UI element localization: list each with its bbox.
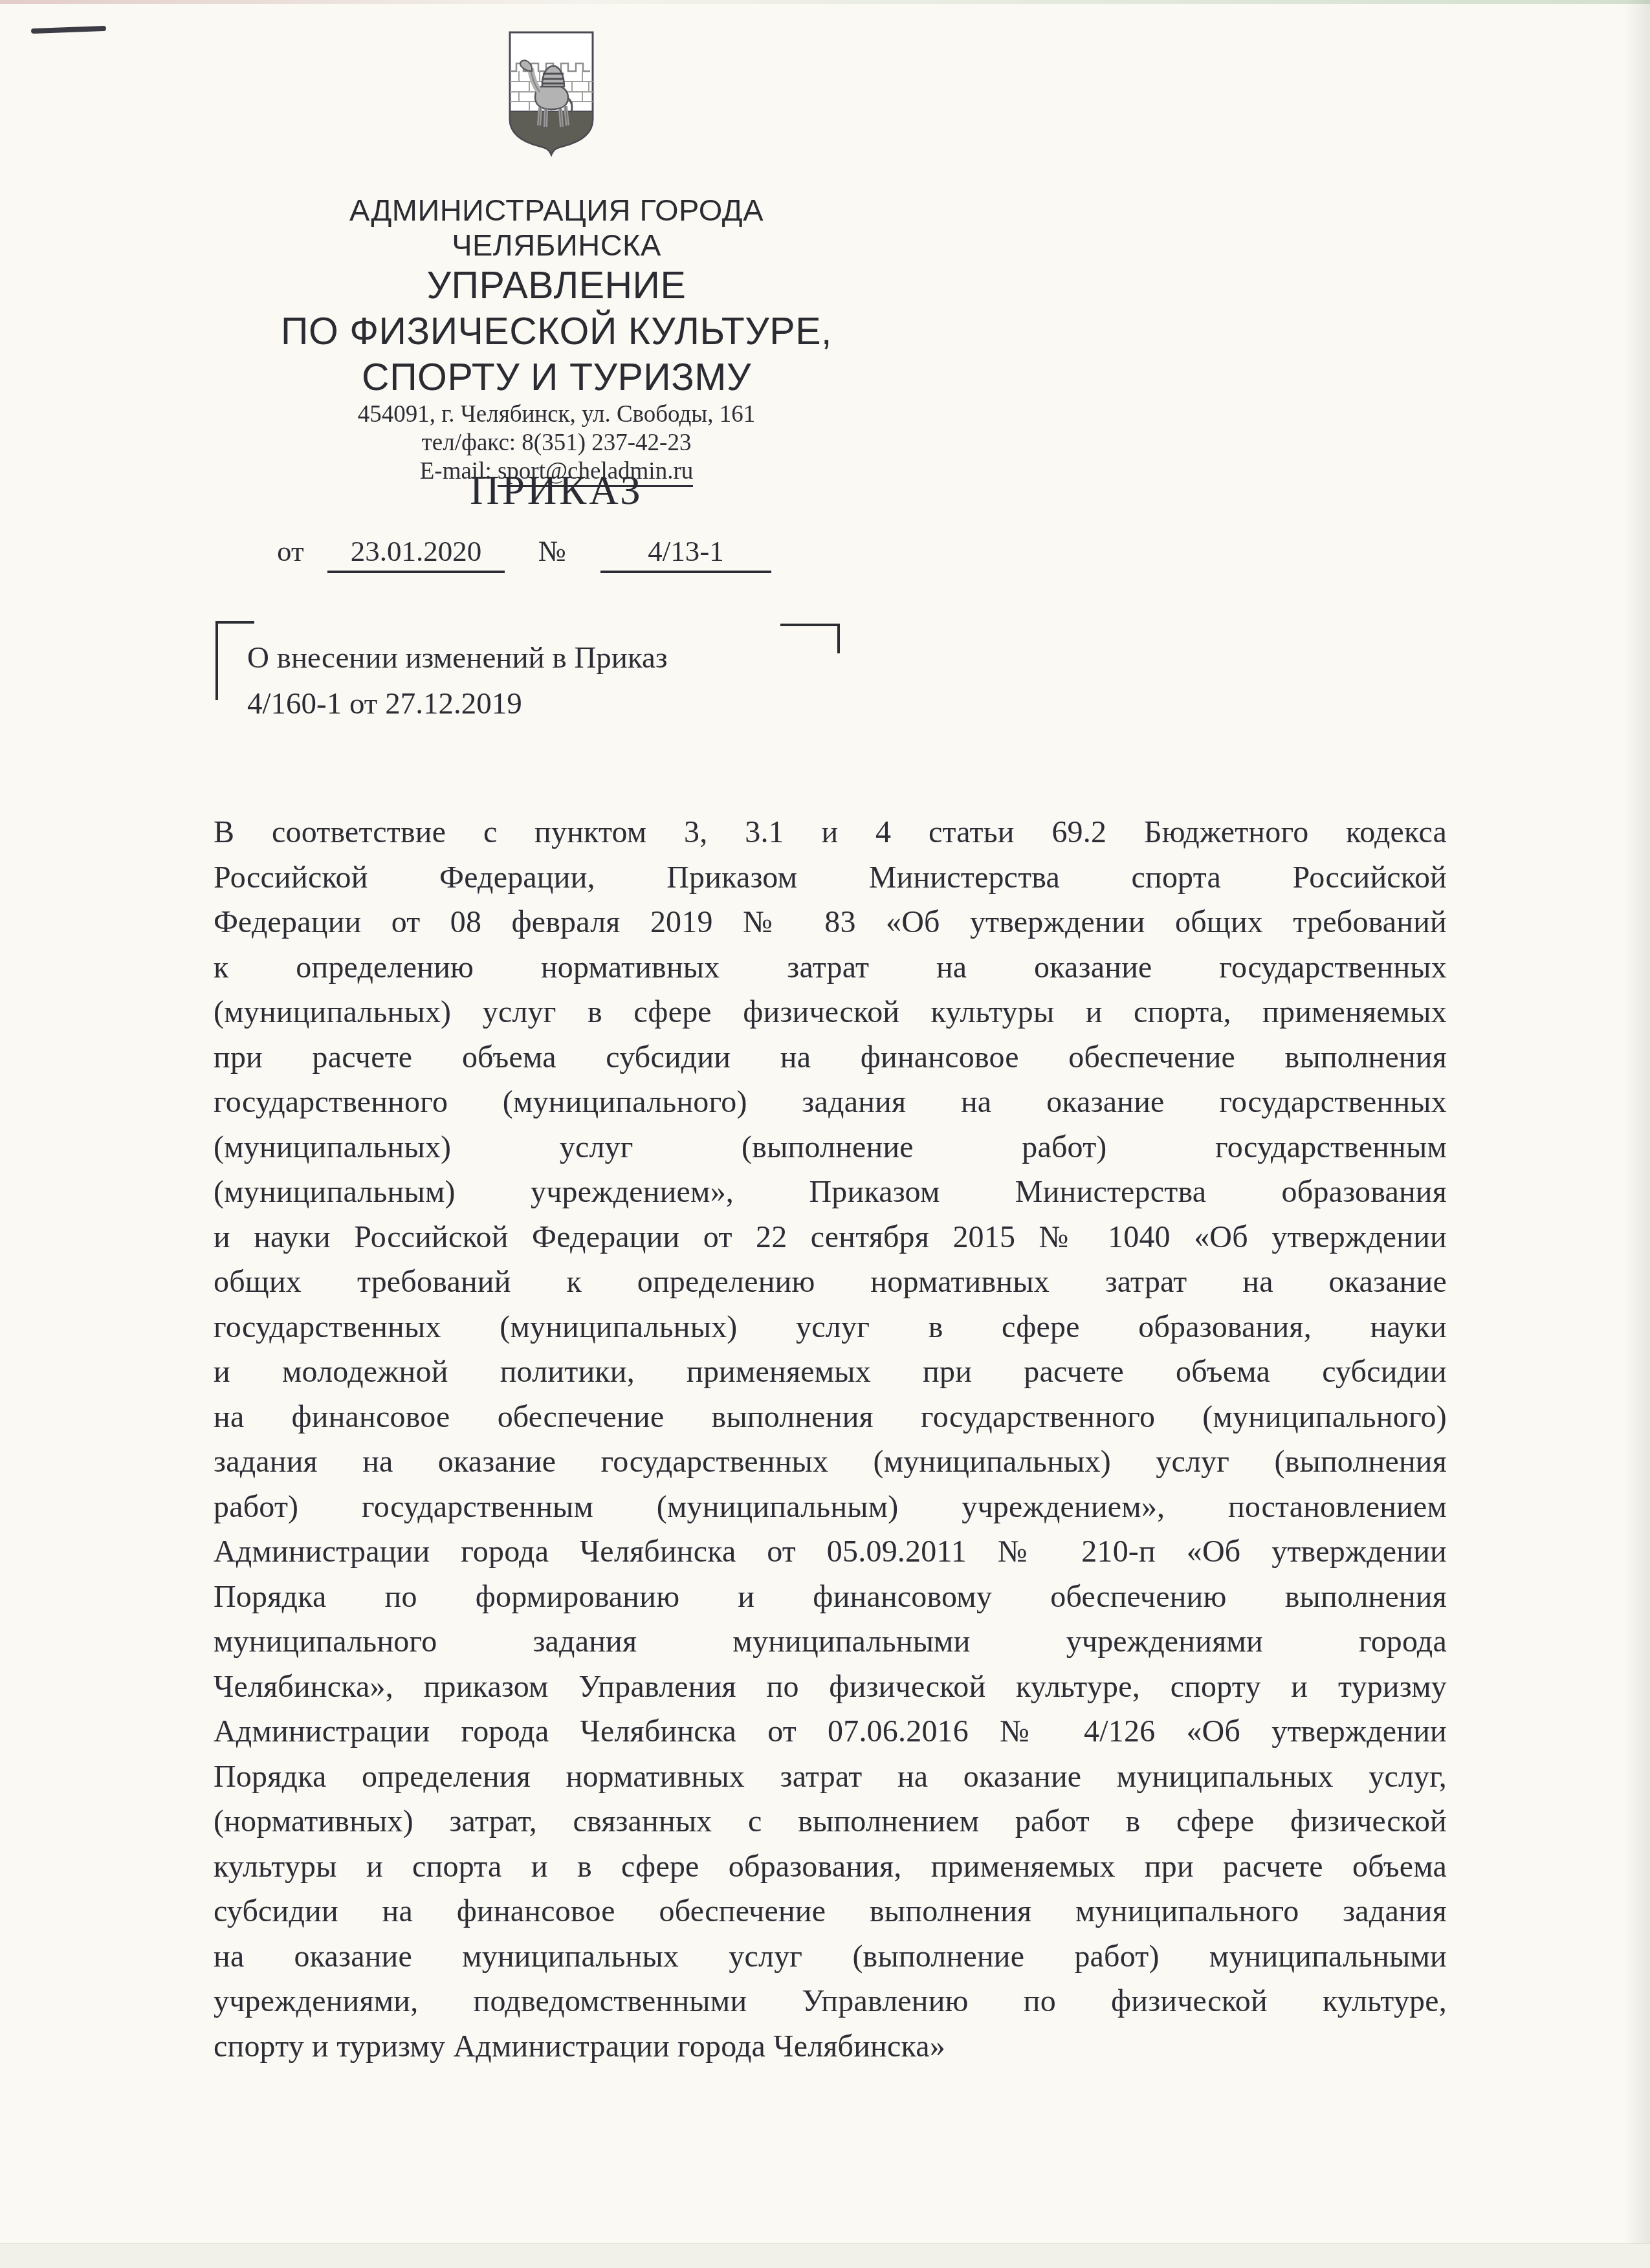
body-line: (муниципальных) услуг (выполнение работ)… bbox=[214, 1125, 1447, 1170]
body-line: общих требований к определению нормативн… bbox=[214, 1259, 1447, 1305]
number-sign: № bbox=[538, 534, 566, 568]
subject-line-2: 4/160-1 от 27.12.2019 bbox=[247, 681, 894, 727]
org-name-line1: АДМИНИСТРАЦИЯ ГОРОДА ЧЕЛЯБИНСКА bbox=[246, 193, 867, 263]
chelyabinsk-coat-of-arms-icon bbox=[506, 28, 597, 159]
org-name-line3: ПО ФИЗИЧЕСКОЙ КУЛЬТУРЕ, bbox=[246, 309, 867, 354]
body-line: культуры и спорта и в сфере образования,… bbox=[214, 1844, 1447, 1890]
number-value: 4/13-1 bbox=[600, 534, 771, 573]
org-name-line4: СПОРТУ И ТУРИЗМУ bbox=[246, 354, 867, 400]
subject-line-1: О внесении изменений в Приказ bbox=[247, 635, 894, 681]
body-line: работ) государственным (муниципальным) у… bbox=[214, 1485, 1447, 1530]
subject-block: О внесении изменений в Приказ 4/160-1 от… bbox=[247, 635, 894, 727]
body-line: на финансовое обеспечение выполнения гос… bbox=[214, 1395, 1447, 1440]
body-line: муниципального задания муниципальными уч… bbox=[214, 1619, 1447, 1664]
body-line: Челябинска», приказом Управления по физи… bbox=[214, 1664, 1447, 1710]
body-line: государственных (муниципальных) услуг в … bbox=[214, 1305, 1447, 1350]
body-line: Администрации города Челябинска от 05.09… bbox=[214, 1529, 1447, 1575]
scan-edge-right bbox=[1624, 0, 1650, 2268]
body-line: на оказание муниципальных услуг (выполне… bbox=[214, 1934, 1447, 1979]
org-name-line2: УПРАВЛЕНИЕ bbox=[246, 263, 867, 309]
body-line: учреждениями, подведомственными Управлен… bbox=[214, 1979, 1447, 2024]
body-line: Администрации города Челябинска от 07.06… bbox=[214, 1709, 1447, 1754]
scan-artifact-mark bbox=[31, 26, 106, 34]
body-line: и молодежной политики, применяемых при р… bbox=[214, 1349, 1447, 1395]
body-paragraph: В соответствие с пунктом 3, 3.1 и 4 стат… bbox=[214, 810, 1447, 2069]
body-line: (муниципальным) учреждением», Приказом М… bbox=[214, 1170, 1447, 1215]
body-line: субсидии на финансовое обеспечение выпол… bbox=[214, 1889, 1447, 1934]
body-line: (муниципальных) услуг в сфере физической… bbox=[214, 990, 1447, 1035]
body-line: при расчете объема субсидии на финансово… bbox=[214, 1035, 1447, 1080]
body-line: к определению нормативных затрат на оказ… bbox=[214, 945, 1447, 990]
body-line: государственного (муниципального) задани… bbox=[214, 1080, 1447, 1125]
body-line: В соответствие с пунктом 3, 3.1 и 4 стат… bbox=[214, 810, 1447, 855]
org-phone: тел/факс: 8(351) 237-42-23 bbox=[246, 429, 867, 457]
date-value: 23.01.2020 bbox=[327, 534, 505, 573]
body-line: (нормативных) затрат, связанных с выполн… bbox=[214, 1799, 1447, 1844]
scan-edge-bottom bbox=[0, 2243, 1650, 2268]
org-address: 454091, г. Челябинск, ул. Свободы, 161 bbox=[246, 400, 867, 429]
letterhead: АДМИНИСТРАЦИЯ ГОРОДА ЧЕЛЯБИНСКА УПРАВЛЕН… bbox=[246, 193, 867, 486]
body-line: Российской Федерации, Приказом Министерс… bbox=[214, 855, 1447, 900]
date-number-row: от 23.01.2020 № 4/13-1 bbox=[246, 534, 867, 568]
scan-edge-top bbox=[0, 0, 1650, 4]
body-line: Порядка определения нормативных затрат н… bbox=[214, 1754, 1447, 1800]
body-line: Порядка по формированию и финансовому об… bbox=[214, 1575, 1447, 1620]
document-title: ПРИКАЗ bbox=[246, 467, 867, 514]
scanned-document-page: АДМИНИСТРАЦИЯ ГОРОДА ЧЕЛЯБИНСКА УПРАВЛЕН… bbox=[0, 0, 1650, 2268]
body-line: Федерации от 08 февраля 2019 № 83 «Об ут… bbox=[214, 900, 1447, 945]
body-line: спорту и туризму Администрации города Че… bbox=[214, 2024, 1447, 2069]
date-label: от bbox=[277, 534, 304, 568]
body-line: задания на оказание государственных (мун… bbox=[214, 1439, 1447, 1485]
body-line: и науки Российской Федерации от 22 сентя… bbox=[214, 1215, 1447, 1260]
